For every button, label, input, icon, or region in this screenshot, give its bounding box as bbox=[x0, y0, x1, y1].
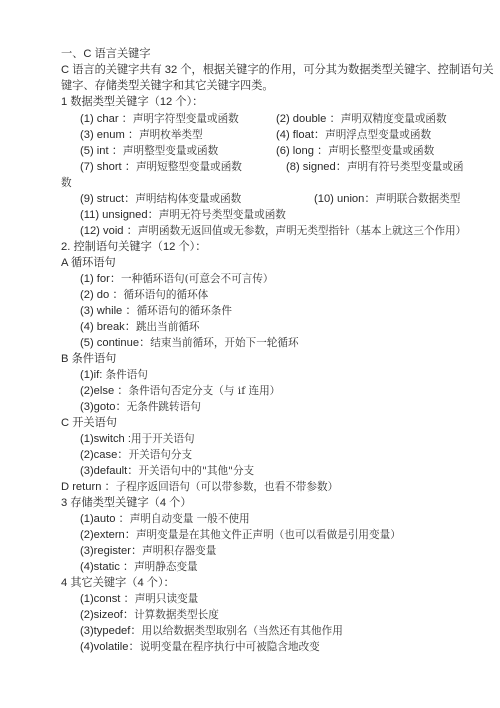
keyword-desc: 声明字符型变量或函数 bbox=[133, 113, 239, 125]
keyword-desc: 计算数据类型长度 bbox=[134, 609, 219, 621]
keyword-item: (10) union：声明联合数据类型 bbox=[314, 192, 460, 206]
keyword-desc: 声明整型变量或函数 bbox=[123, 145, 218, 157]
keyword-item: (2)else ：条件语句否定分支（与 if 连用） bbox=[80, 384, 280, 398]
keyword: (10) union： bbox=[314, 193, 376, 205]
keyword: (2) do ： bbox=[80, 289, 124, 301]
subheading-text: B 条件语句 bbox=[61, 353, 116, 365]
keyword-desc: 声明枚举类型 bbox=[139, 129, 203, 141]
keyword: (1)switch : bbox=[80, 433, 131, 445]
keyword-item: (4) break：跳出当前循环 bbox=[80, 320, 200, 334]
section-heading-other: 4 其它关键字（4 个）： bbox=[61, 576, 175, 590]
keyword-desc: 子程序返回语句（可以带参数，也看不带参数） bbox=[116, 481, 338, 493]
keyword-desc: 声明有符号类型变量或函 bbox=[347, 161, 464, 173]
keyword: (3)typedef： bbox=[80, 625, 142, 637]
keyword-item: (2)extern：声明变量是在其他文件正声明（也可以看做是引用变量） bbox=[80, 528, 401, 542]
keyword: (4)static ： bbox=[80, 561, 134, 573]
subheading-conditional: B 条件语句 bbox=[61, 352, 116, 366]
keyword-desc: 用以给数据类型取别名（当然还有其他作用 bbox=[142, 625, 343, 637]
keyword-desc: 声明双精度变量或函数 bbox=[341, 113, 447, 125]
intro-text-2: 键字、存储类型关键字和其它关键字四类。 bbox=[61, 80, 274, 92]
keyword: (4)volatile： bbox=[80, 641, 140, 653]
intro-line-2: 键字、存储类型关键字和其它关键字四类。 bbox=[61, 79, 274, 93]
heading-text: 2. 控制语句关键字（12 个）： bbox=[61, 241, 206, 253]
keyword-item: (5) int ：声明整型变量或函数 bbox=[80, 144, 218, 158]
keyword-item: (3) while ：循环语句的循环条件 bbox=[80, 304, 232, 318]
section-heading-control: 2. 控制语句关键字（12 个）： bbox=[61, 240, 206, 254]
keyword-desc: 声明长整型变量或函数 bbox=[328, 145, 434, 157]
keyword: (12) void ： bbox=[80, 225, 138, 237]
keyword-desc: 一种循环语句(可意会不可言传） bbox=[121, 273, 273, 285]
keyword: (1) for： bbox=[80, 273, 121, 285]
keyword: (2)sizeof： bbox=[80, 609, 134, 621]
keyword-item: (12) void ：声明函数无返回值或无参数，声明无类型指针（基本上就这三个作… bbox=[80, 224, 466, 238]
keyword: (9) struct： bbox=[80, 193, 135, 205]
keyword-desc: 声明结构体变量或函数 bbox=[135, 193, 241, 205]
keyword-desc: 声明短整型变量或函数 bbox=[136, 161, 242, 173]
keyword: (4) float： bbox=[276, 129, 325, 141]
keyword: (1)const ： bbox=[80, 593, 135, 605]
keyword-desc: 声明只读变量 bbox=[135, 593, 199, 605]
keyword: (1)auto ： bbox=[80, 513, 130, 525]
keyword: (2)case： bbox=[80, 449, 129, 461]
heading-text: 4 其它关键字（4 个）： bbox=[61, 577, 175, 589]
keyword: (3)default： bbox=[80, 465, 138, 477]
keyword-item: (3)typedef：用以给数据类型取别名（当然还有其他作用 bbox=[80, 624, 343, 638]
title-text: 一、C 语言关键字 bbox=[61, 48, 151, 60]
keyword-desc: 声明静态变量 bbox=[134, 561, 198, 573]
keyword-item: (7) short ：声明短整型变量或函数 bbox=[80, 160, 242, 174]
keyword-item: (3)goto：无条件跳转语句 bbox=[80, 400, 201, 414]
keyword: (3) while ： bbox=[80, 305, 137, 317]
heading-text: 1 数据类型关键字（12 个）： bbox=[61, 96, 203, 108]
subheading-loop: A 循环语句 bbox=[61, 256, 116, 270]
keyword: (3)goto： bbox=[80, 401, 127, 413]
keyword-item: (3)register：声明积存器变量 bbox=[80, 544, 216, 558]
subheading-text: C 开关语句 bbox=[61, 417, 117, 429]
keyword-item: (5) continue：结束当前循环，开始下一轮循环 bbox=[80, 336, 299, 350]
keyword-item: (6) long ：声明长整型变量或函数 bbox=[276, 144, 434, 158]
keyword-item: (4) float：声明浮点型变量或函数 bbox=[276, 128, 431, 142]
wrapped-text: 数 bbox=[61, 176, 72, 190]
keyword-desc: 声明函数无返回值或无参数，声明无类型指针（基本上就这三个作用） bbox=[138, 225, 466, 237]
keyword: (8) signed： bbox=[286, 161, 347, 173]
keyword: (5) continue： bbox=[80, 337, 150, 349]
keyword-item: (3)default：开关语句中的"其他"分支 bbox=[80, 464, 254, 478]
keyword: (2)extern： bbox=[80, 529, 136, 541]
section-heading-storage: 3 存储类型关键字（4 个） bbox=[61, 496, 192, 510]
keyword-item: (3) enum ：声明枚举类型 bbox=[80, 128, 203, 142]
keyword-item: (4)static ：声明静态变量 bbox=[80, 560, 198, 574]
keyword: (3)register： bbox=[80, 545, 142, 557]
intro-text-1: C 语言的关键字共有 32 个，根据关键字的作用，可分其为数据类型关键字、控制语… bbox=[61, 64, 494, 76]
keyword-desc: 用于开关语句 bbox=[131, 433, 195, 445]
keyword: (1)if: bbox=[80, 369, 105, 381]
keyword-item: (1)if: 条件语句 bbox=[80, 368, 148, 382]
keyword-item: (1) for：一种循环语句(可意会不可言传） bbox=[80, 272, 273, 286]
keyword-desc: 循环语句的循环体 bbox=[124, 289, 209, 301]
subheading-switch: C 开关语句 bbox=[61, 416, 117, 430]
return-item: D return ：子程序返回语句（可以带参数，也看不带参数） bbox=[61, 480, 338, 494]
keyword: (1) char ： bbox=[80, 113, 133, 125]
keyword: (5) int ： bbox=[80, 145, 123, 157]
keyword: D return ： bbox=[61, 481, 116, 493]
keyword-item: (2)case：开关语句分支 bbox=[80, 448, 192, 462]
intro-line-1: C 语言的关键字共有 32 个，根据关键字的作用，可分其为数据类型关键字、控制语… bbox=[61, 63, 494, 77]
keyword: (2) double ： bbox=[276, 113, 341, 125]
keyword-desc: 结束当前循环，开始下一轮循环 bbox=[150, 337, 298, 349]
document-title: 一、C 语言关键字 bbox=[61, 47, 151, 61]
keyword: (3) enum ： bbox=[80, 129, 139, 141]
keyword-item: (11) unsigned：声明无符号类型变量或函数 bbox=[80, 208, 286, 222]
keyword-desc: 声明变量是在其他文件正声明（也可以看做是引用变量） bbox=[136, 529, 401, 541]
subheading-text: A 循环语句 bbox=[61, 257, 116, 269]
keyword: (4) break： bbox=[80, 321, 136, 333]
keyword-item: (1)const ：声明只读变量 bbox=[80, 592, 198, 606]
keyword-item: (8) signed：声明有符号类型变量或函 bbox=[286, 160, 463, 174]
keyword-item: (1)switch :用于开关语句 bbox=[80, 432, 195, 446]
section-heading-data-types: 1 数据类型关键字（12 个）： bbox=[61, 95, 203, 109]
keyword-item: (2) double ：声明双精度变量或函数 bbox=[276, 112, 447, 126]
document-page: 一、C 语言关键字 C 语言的关键字共有 32 个，根据关键字的作用，可分其为数… bbox=[0, 0, 500, 708]
keyword-desc: 声明积存器变量 bbox=[142, 545, 216, 557]
keyword-desc: 开关语句中的"其他"分支 bbox=[138, 465, 254, 477]
keyword-desc: 循环语句的循环条件 bbox=[137, 305, 232, 317]
wrap-char: 数 bbox=[61, 177, 72, 189]
keyword-item: (9) struct：声明结构体变量或函数 bbox=[80, 192, 241, 206]
keyword-desc: 条件语句否定分支（与 if 连用） bbox=[129, 385, 281, 397]
keyword-desc: 条件语句 bbox=[105, 369, 147, 381]
keyword: (2)else ： bbox=[80, 385, 129, 397]
keyword-item: (2)sizeof：计算数据类型长度 bbox=[80, 608, 219, 622]
keyword: (7) short ： bbox=[80, 161, 136, 173]
keyword-item: (1) char ：声明字符型变量或函数 bbox=[80, 112, 239, 126]
keyword-item: (4)volatile：说明变量在程序执行中可被隐含地改变 bbox=[80, 640, 320, 654]
keyword-desc: 开关语句分支 bbox=[129, 449, 193, 461]
keyword-desc: 跳出当前循环 bbox=[136, 321, 200, 333]
keyword-desc: 声明浮点型变量或函数 bbox=[325, 129, 431, 141]
keyword-desc: 声明联合数据类型 bbox=[376, 193, 461, 205]
keyword-desc: 声明无符号类型变量或函数 bbox=[159, 209, 286, 221]
keyword-desc: 无条件跳转语句 bbox=[127, 401, 201, 413]
keyword-desc: 声明自动变量 一般不使用 bbox=[130, 513, 250, 525]
keyword-desc: 说明变量在程序执行中可被隐含地改变 bbox=[140, 641, 320, 653]
keyword-item: (1)auto ：声明自动变量 一般不使用 bbox=[80, 512, 250, 526]
heading-text: 3 存储类型关键字（4 个） bbox=[61, 497, 192, 509]
keyword: (11) unsigned： bbox=[80, 209, 159, 221]
keyword-item: (2) do ：循环语句的循环体 bbox=[80, 288, 208, 302]
keyword: (6) long ： bbox=[276, 145, 328, 157]
